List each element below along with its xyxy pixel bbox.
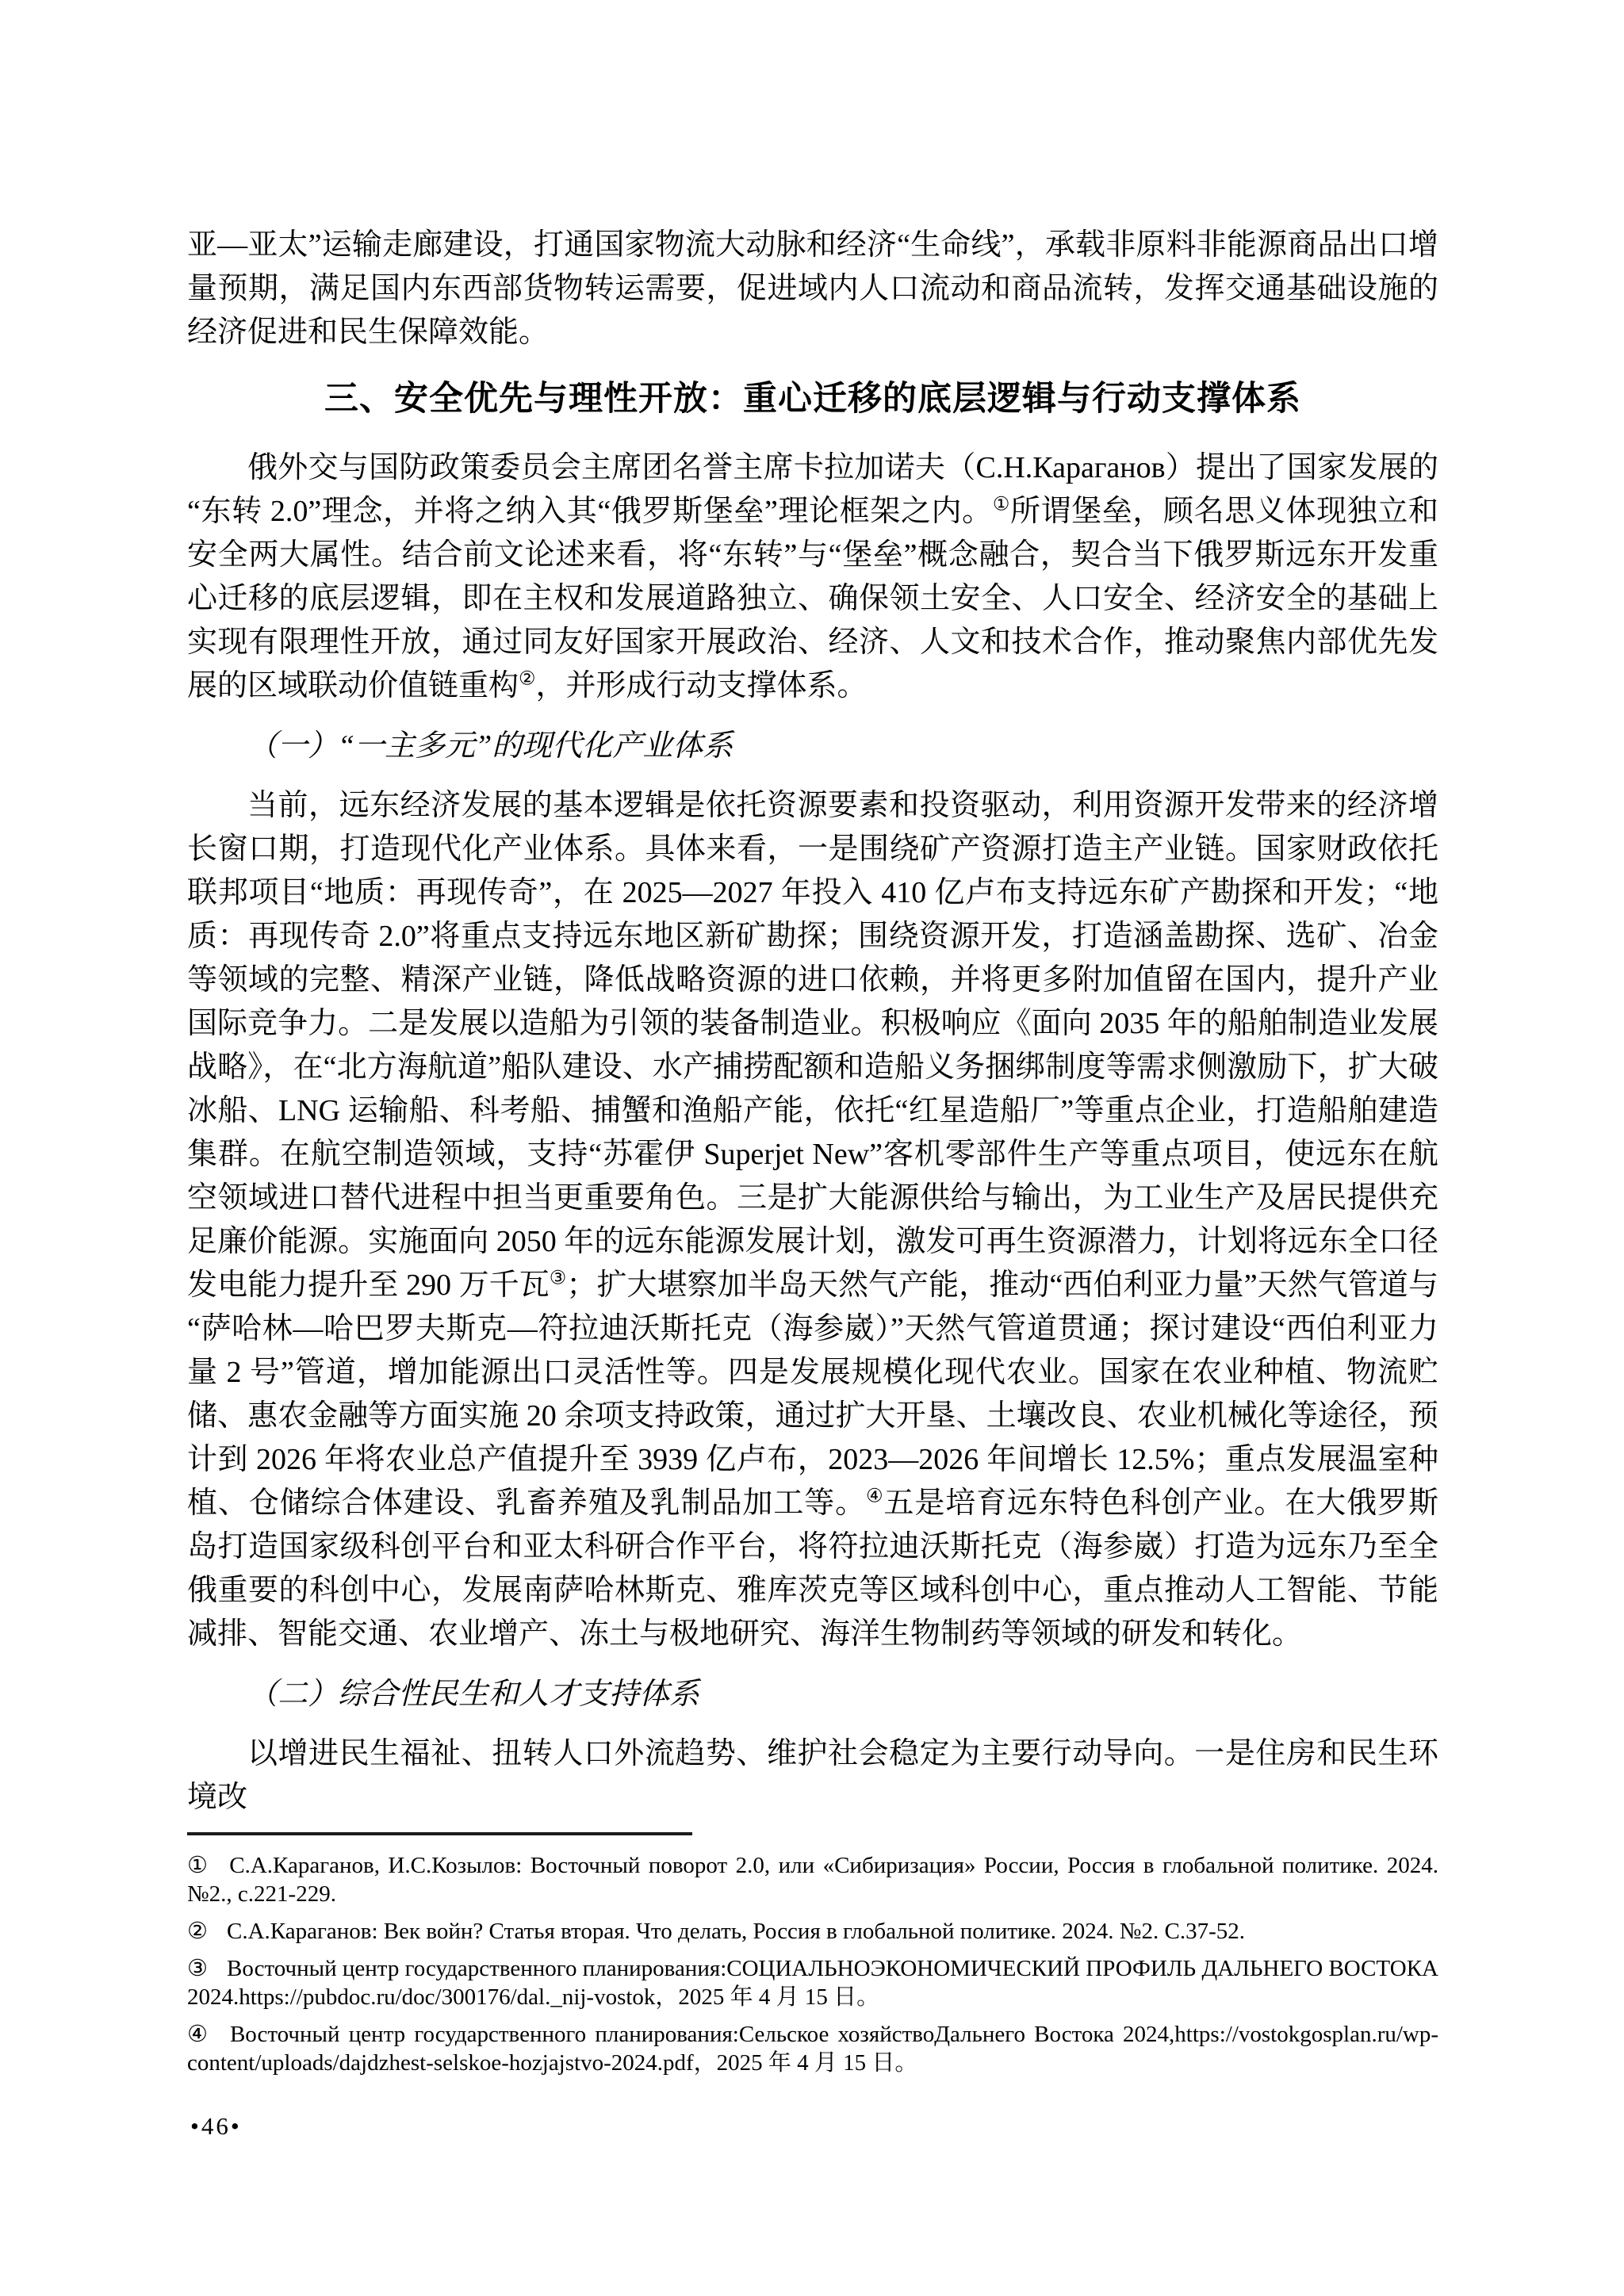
footnote-ref-2: ② (519, 668, 536, 689)
footnote-text: С.А.Караганов, И.С.Козылов: Восточный по… (187, 1853, 1438, 1907)
footnote-item: ②С.А.Караганов: Век войн? Статья вторая.… (187, 1917, 1438, 1946)
footnote-separator (187, 1832, 692, 1835)
footnote-item: ④Восточный центр государственного планир… (187, 2020, 1438, 2077)
footnote-text: Восточный центр государственного планиро… (187, 1956, 1438, 2010)
intro-paragraph: 亚—亚太”运输走廊建设，打通国家物流大动脉和经济“生命线”，承载非原料非能源商品… (187, 224, 1438, 354)
subsection-heading-1: （一）“一主多元”的现代化产业体系 (187, 724, 1438, 768)
section-heading: 三、安全优先与理性开放：重心迁移的底层逻辑与行动支撑体系 (187, 375, 1438, 423)
document-page: 亚—亚太”运输走廊建设，打通国家物流大动脉和经济“生命线”，承载非原料非能源商品… (0, 0, 1624, 2296)
page-number: •46• (190, 2112, 242, 2141)
text-run: ，并形成行动支撑体系。 (536, 669, 868, 702)
page-content: 亚—亚太”运输走廊建设，打通国家物流大动脉和经济“生命线”，承载非原料非能源商品… (187, 224, 1438, 2086)
footnote-ref-1: ① (993, 494, 1010, 515)
footnote-section: ①С.А.Караганов, И.С.Козылов: Восточный п… (187, 1832, 1438, 2077)
footnote-marker: ③ (187, 1956, 208, 1981)
paragraph-livelihood: 以增进民生福祉、扭转人口外流趋势、维护社会稳定为主要行动导向。一是住房和民生环境… (187, 1732, 1438, 1820)
footnote-item: ①С.А.Караганов, И.С.Козылов: Восточный п… (187, 1851, 1438, 1908)
paragraph-industry: 当前，远东经济发展的基本逻辑是依托资源要素和投资驱动，利用资源开发带来的经济增长… (187, 784, 1438, 1656)
footnote-item: ③Восточный центр государственного планир… (187, 1954, 1438, 2011)
footnote-marker: ④ (187, 2022, 211, 2047)
footnote-ref-4: ④ (866, 1486, 883, 1506)
text-run: 当前，远东经济发展的基本逻辑是依托资源要素和投资驱动，利用资源开发带来的经济增长… (187, 789, 1438, 1302)
footnote-text: С.А.Караганов: Век войн? Статья вторая. … (227, 1919, 1245, 1944)
paragraph-east-turn: 俄外交与国防政策委员会主席团名誉主席卡拉加诺夫（С.Н.Караганов）提出… (187, 446, 1438, 708)
footnote-ref-3: ③ (550, 1268, 567, 1288)
footnote-marker: ② (187, 1919, 208, 1944)
text-run: ；扩大堪察加半岛天然气产能，推动“西伯利亚力量”天然气管道与“萨哈林—哈巴罗夫斯… (187, 1269, 1438, 1520)
footnote-text: Восточный центр государственного планиро… (187, 2022, 1438, 2076)
subsection-heading-2: （二）综合性民生和人才支持体系 (187, 1672, 1438, 1716)
footnote-marker: ① (187, 1853, 210, 1878)
